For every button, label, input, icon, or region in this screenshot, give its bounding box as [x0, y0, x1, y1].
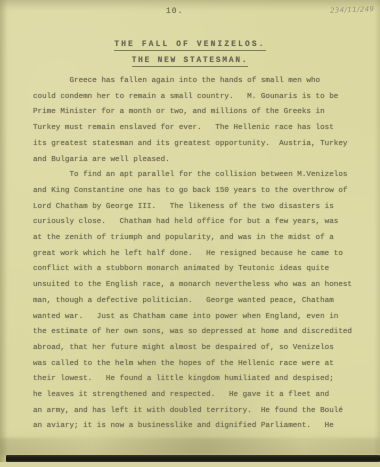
text-line: he leaves it strengthened and respected.…	[33, 388, 376, 404]
text-line: was called to the helm when the hopes of…	[33, 357, 376, 373]
paragraph-1: Greece has fallen again into the hands o…	[33, 74, 376, 168]
text-line: great work which he left half done. He r…	[33, 247, 376, 263]
text-line: their lowest. He found a little kingdom …	[33, 372, 376, 388]
paragraph-2: To find an apt parallel for the collisio…	[33, 168, 376, 435]
text-line: an army, and has left it with doubled te…	[33, 404, 376, 420]
document-page: 10. 234/11/249 THE FALL OF VENIZELOS. TH…	[0, 0, 380, 467]
text-line: Prime Minister for a month or two, and m…	[33, 105, 376, 121]
text-line: Turkey must remain enslaved for ever. Th…	[33, 121, 376, 137]
text-line: abroad, that her future might almost be …	[33, 341, 376, 357]
scan-edge-band	[6, 455, 380, 462]
text-line: curiously close. Chatham had held office…	[33, 215, 376, 231]
text-line: unsuited to the English race, a monarch …	[33, 278, 376, 294]
text-line: an aviary; it is now a businesslike and …	[33, 419, 376, 435]
page-number: 10.	[166, 7, 183, 16]
text-line: man, though a defective politician. Geor…	[33, 294, 376, 310]
text-line: its greatest statesman and its greatest …	[33, 137, 376, 153]
text-line: wanted war. Just as Chatham came into po…	[33, 310, 376, 326]
document-subtitle: THE NEW STATESMAN.	[132, 57, 249, 67]
scan-edge-shading	[0, 438, 380, 455]
text-line: at the zenith of triumph and popularity,…	[33, 231, 376, 247]
text-line: the estimate of her own sons, was so dep…	[33, 325, 376, 341]
text-line: To find an apt parallel for the collisio…	[33, 168, 376, 184]
text-line: could condemn her to remain a small coun…	[33, 90, 376, 106]
pencil-annotation: 234/11/249	[330, 5, 375, 15]
page-bottom-edge	[0, 462, 380, 467]
text-line: Greece has fallen again into the hands o…	[33, 74, 376, 90]
text-line: and King Constantine one has to go back …	[33, 184, 376, 200]
text-line: conflict with a stubborn monarch animate…	[33, 262, 376, 278]
typed-body: Greece has fallen again into the hands o…	[33, 74, 376, 435]
title-block: THE FALL OF VENIZELOS. THE NEW STATESMAN…	[0, 33, 380, 65]
text-line: and Bulgaria are well pleased.	[33, 153, 376, 169]
text-line: Lord Chatham by George III. The likeness…	[33, 200, 376, 216]
